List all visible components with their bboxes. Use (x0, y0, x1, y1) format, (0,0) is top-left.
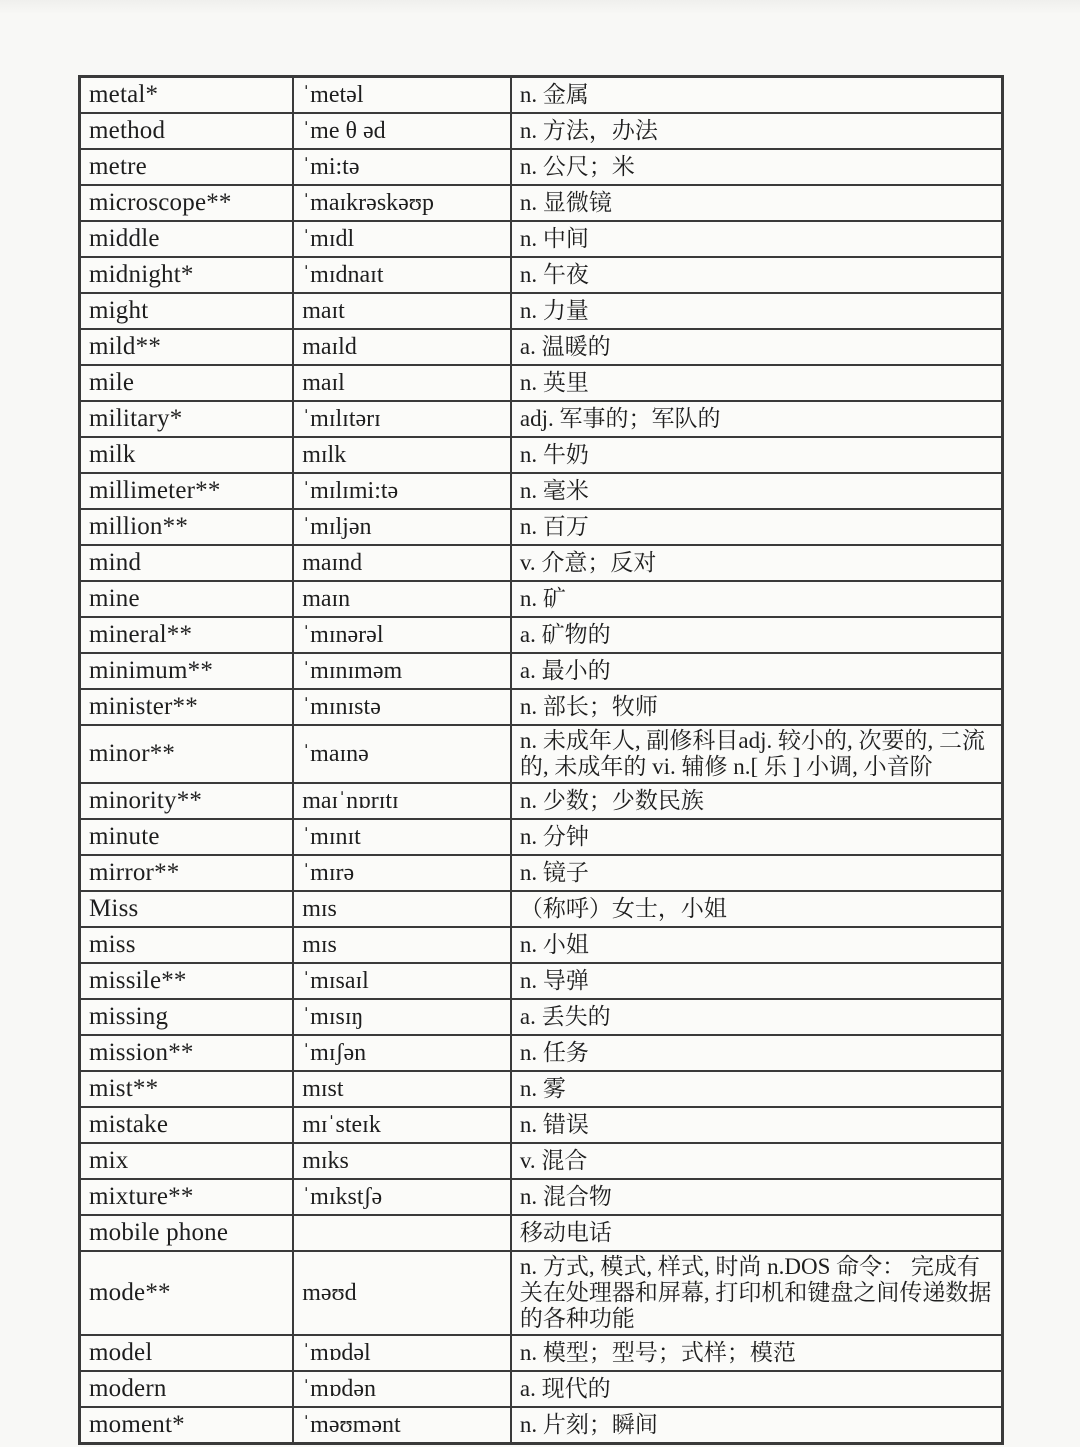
meaning-cell: n. 力量 (511, 293, 1003, 329)
meaning-cell: n. 任务 (511, 1035, 1003, 1071)
meaning-cell: a. 最小的 (511, 653, 1003, 689)
meaning-cell: n. 片刻；瞬间 (511, 1407, 1003, 1444)
word-cell: mode** (80, 1251, 294, 1335)
phonetic-cell: ˈmɒdəl (293, 1335, 511, 1371)
table-row: mineral**ˈmɪnərəla. 矿物的 (80, 617, 1003, 653)
table-row: minimum**ˈmɪnɪməma. 最小的 (80, 653, 1003, 689)
word-cell: mobile phone (80, 1215, 294, 1251)
word-cell: million** (80, 509, 294, 545)
meaning-cell: n. 中间 (511, 221, 1003, 257)
meaning-cell: n. 午夜 (511, 257, 1003, 293)
word-cell: modern (80, 1371, 294, 1407)
table-row: modernˈmɒdəna. 现代的 (80, 1371, 1003, 1407)
phonetic-cell: maɪnd (293, 545, 511, 581)
phonetic-cell: ˈmetəl (293, 77, 511, 114)
phonetic-cell: mɪks (293, 1143, 511, 1179)
table-row: mobile phone移动电话 (80, 1215, 1003, 1251)
meaning-cell: a. 丢失的 (511, 999, 1003, 1035)
table-row: mist**mɪstn. 雾 (80, 1071, 1003, 1107)
meaning-cell: n. 未成年人, 副修科目adj. 较小的, 次要的, 二流的, 未成年的 vi… (511, 725, 1003, 783)
word-cell: milk (80, 437, 294, 473)
phonetic-cell: ˈmɪdl (293, 221, 511, 257)
meaning-cell: （称呼）女士，小姐 (511, 891, 1003, 927)
phonetic-cell: ˈmaɪnə (293, 725, 511, 783)
word-cell: mile (80, 365, 294, 401)
table-row: minority**maɪˈnɒrɪtɪn. 少数；少数民族 (80, 783, 1003, 819)
meaning-cell: n. 雾 (511, 1071, 1003, 1107)
table-row: minuteˈmɪnɪtn. 分钟 (80, 819, 1003, 855)
table-row: moment*ˈməʊməntn. 片刻；瞬间 (80, 1407, 1003, 1444)
phonetic-cell: ˈmɪnɪt (293, 819, 511, 855)
phonetic-cell: mɪs (293, 891, 511, 927)
meaning-cell: n. 公尺；米 (511, 149, 1003, 185)
meaning-cell: n. 错误 (511, 1107, 1003, 1143)
phonetic-cell: ˈmɪsɪŋ (293, 999, 511, 1035)
phonetic-cell: ˈməʊmənt (293, 1407, 511, 1444)
phonetic-cell: maɪt (293, 293, 511, 329)
phonetic-cell: ˈmi:tə (293, 149, 511, 185)
vocabulary-table-body: metal*ˈmetəln. 金属methodˈme θ ədn. 方法，办法m… (80, 77, 1003, 1444)
word-cell: model (80, 1335, 294, 1371)
meaning-cell: n. 混合物 (511, 1179, 1003, 1215)
table-row: mild**maɪlda. 温暖的 (80, 329, 1003, 365)
meaning-cell: v. 介意；反对 (511, 545, 1003, 581)
meaning-cell: n. 分钟 (511, 819, 1003, 855)
word-cell: metre (80, 149, 294, 185)
word-cell: mistake (80, 1107, 294, 1143)
phonetic-cell: mɪˈsteɪk (293, 1107, 511, 1143)
meaning-cell: n. 镜子 (511, 855, 1003, 891)
word-cell: mild** (80, 329, 294, 365)
meaning-cell: n. 小姐 (511, 927, 1003, 963)
table-row: missingˈmɪsɪŋa. 丢失的 (80, 999, 1003, 1035)
table-row: metal*ˈmetəln. 金属 (80, 77, 1003, 114)
word-cell: Miss (80, 891, 294, 927)
scan-page: metal*ˈmetəln. 金属methodˈme θ ədn. 方法，办法m… (0, 0, 1080, 1447)
table-row: missmɪsn. 小姐 (80, 927, 1003, 963)
word-cell: mine (80, 581, 294, 617)
meaning-cell: n. 模型；型号；式样；模范 (511, 1335, 1003, 1371)
table-row: modelˈmɒdəln. 模型；型号；式样；模范 (80, 1335, 1003, 1371)
phonetic-cell: maɪˈnɒrɪtɪ (293, 783, 511, 819)
word-cell: midnight* (80, 257, 294, 293)
word-cell: missing (80, 999, 294, 1035)
phonetic-cell: ˈmɪnərəl (293, 617, 511, 653)
word-cell: military* (80, 401, 294, 437)
table-row: military*ˈmɪlɪtərɪadj. 军事的；军队的 (80, 401, 1003, 437)
table-row: minor**ˈmaɪnən. 未成年人, 副修科目adj. 较小的, 次要的,… (80, 725, 1003, 783)
word-cell: missile** (80, 963, 294, 999)
phonetic-cell: ˈmɪkstʃə (293, 1179, 511, 1215)
word-cell: miss (80, 927, 294, 963)
meaning-cell: a. 温暖的 (511, 329, 1003, 365)
word-cell: middle (80, 221, 294, 257)
table-row: midnight*ˈmɪdnaɪtn. 午夜 (80, 257, 1003, 293)
meaning-cell: n. 矿 (511, 581, 1003, 617)
phonetic-cell: ˈmaɪkrəskəʊp (293, 185, 511, 221)
phonetic-cell: ˈmɒdən (293, 1371, 511, 1407)
phonetic-cell: ˈme θ əd (293, 113, 511, 149)
table-row: metreˈmi:tən. 公尺；米 (80, 149, 1003, 185)
word-cell: millimeter** (80, 473, 294, 509)
phonetic-cell: mɪlk (293, 437, 511, 473)
table-row: minister**ˈmɪnɪstən. 部长；牧师 (80, 689, 1003, 725)
phonetic-cell (293, 1215, 511, 1251)
table-row: mistakemɪˈsteɪkn. 错误 (80, 1107, 1003, 1143)
word-cell: minimum** (80, 653, 294, 689)
meaning-cell: n. 毫米 (511, 473, 1003, 509)
word-cell: might (80, 293, 294, 329)
word-cell: mind (80, 545, 294, 581)
phonetic-cell: maɪl (293, 365, 511, 401)
meaning-cell: n. 方式, 模式, 样式, 时尚 n.DOS 命令： 完成有关在处理器和屏幕,… (511, 1251, 1003, 1335)
phonetic-cell: ˈmɪnɪməm (293, 653, 511, 689)
table-row: milemaɪln. 英里 (80, 365, 1003, 401)
phonetic-cell: maɪn (293, 581, 511, 617)
meaning-cell: n. 显微镜 (511, 185, 1003, 221)
table-row: Missmɪs（称呼）女士，小姐 (80, 891, 1003, 927)
meaning-cell: n. 英里 (511, 365, 1003, 401)
table-row: mightmaɪtn. 力量 (80, 293, 1003, 329)
word-cell: minister** (80, 689, 294, 725)
phonetic-cell: ˈmɪdnaɪt (293, 257, 511, 293)
table-row: mixmɪksv. 混合 (80, 1143, 1003, 1179)
meaning-cell: 移动电话 (511, 1215, 1003, 1251)
phonetic-cell: mɪst (293, 1071, 511, 1107)
phonetic-cell: mɪs (293, 927, 511, 963)
word-cell: minority** (80, 783, 294, 819)
meaning-cell: n. 金属 (511, 77, 1003, 114)
word-cell: mist** (80, 1071, 294, 1107)
word-cell: microscope** (80, 185, 294, 221)
table-row: minemaɪnn. 矿 (80, 581, 1003, 617)
table-row: mode**məʊdn. 方式, 模式, 样式, 时尚 n.DOS 命令： 完成… (80, 1251, 1003, 1335)
phonetic-cell: ˈmɪsaɪl (293, 963, 511, 999)
meaning-cell: n. 牛奶 (511, 437, 1003, 473)
word-cell: method (80, 113, 294, 149)
table-row: million**ˈmɪljənn. 百万 (80, 509, 1003, 545)
table-row: mirror**ˈmɪrən. 镜子 (80, 855, 1003, 891)
meaning-cell: n. 导弹 (511, 963, 1003, 999)
meaning-cell: n. 部长；牧师 (511, 689, 1003, 725)
word-cell: mix (80, 1143, 294, 1179)
word-cell: minor** (80, 725, 294, 783)
word-cell: mineral** (80, 617, 294, 653)
phonetic-cell: ˈmɪʃən (293, 1035, 511, 1071)
phonetic-cell: ˈmɪlɪmi:tə (293, 473, 511, 509)
word-cell: minute (80, 819, 294, 855)
phonetic-cell: maɪld (293, 329, 511, 365)
word-cell: mission** (80, 1035, 294, 1071)
meaning-cell: adj. 军事的；军队的 (511, 401, 1003, 437)
meaning-cell: n. 少数；少数民族 (511, 783, 1003, 819)
meaning-cell: a. 矿物的 (511, 617, 1003, 653)
meaning-cell: v. 混合 (511, 1143, 1003, 1179)
meaning-cell: n. 百万 (511, 509, 1003, 545)
word-cell: mixture** (80, 1179, 294, 1215)
phonetic-cell: ˈmɪnɪstə (293, 689, 511, 725)
phonetic-cell: məʊd (293, 1251, 511, 1335)
table-row: mindmaɪndv. 介意；反对 (80, 545, 1003, 581)
table-row: mixture**ˈmɪkstʃən. 混合物 (80, 1179, 1003, 1215)
phonetic-cell: ˈmɪljən (293, 509, 511, 545)
word-cell: mirror** (80, 855, 294, 891)
table-row: millimeter**ˈmɪlɪmi:tən. 毫米 (80, 473, 1003, 509)
phonetic-cell: ˈmɪrə (293, 855, 511, 891)
meaning-cell: a. 现代的 (511, 1371, 1003, 1407)
table-row: mission**ˈmɪʃənn. 任务 (80, 1035, 1003, 1071)
word-cell: moment* (80, 1407, 294, 1444)
table-row: middleˈmɪdln. 中间 (80, 221, 1003, 257)
table-row: methodˈme θ ədn. 方法，办法 (80, 113, 1003, 149)
table-row: missile**ˈmɪsaɪln. 导弹 (80, 963, 1003, 999)
phonetic-cell: ˈmɪlɪtərɪ (293, 401, 511, 437)
vocabulary-table: metal*ˈmetəln. 金属methodˈme θ ədn. 方法，办法m… (78, 75, 1004, 1445)
word-cell: metal* (80, 77, 294, 114)
table-row: milkmɪlkn. 牛奶 (80, 437, 1003, 473)
meaning-cell: n. 方法，办法 (511, 113, 1003, 149)
table-row: microscope**ˈmaɪkrəskəʊpn. 显微镜 (80, 185, 1003, 221)
